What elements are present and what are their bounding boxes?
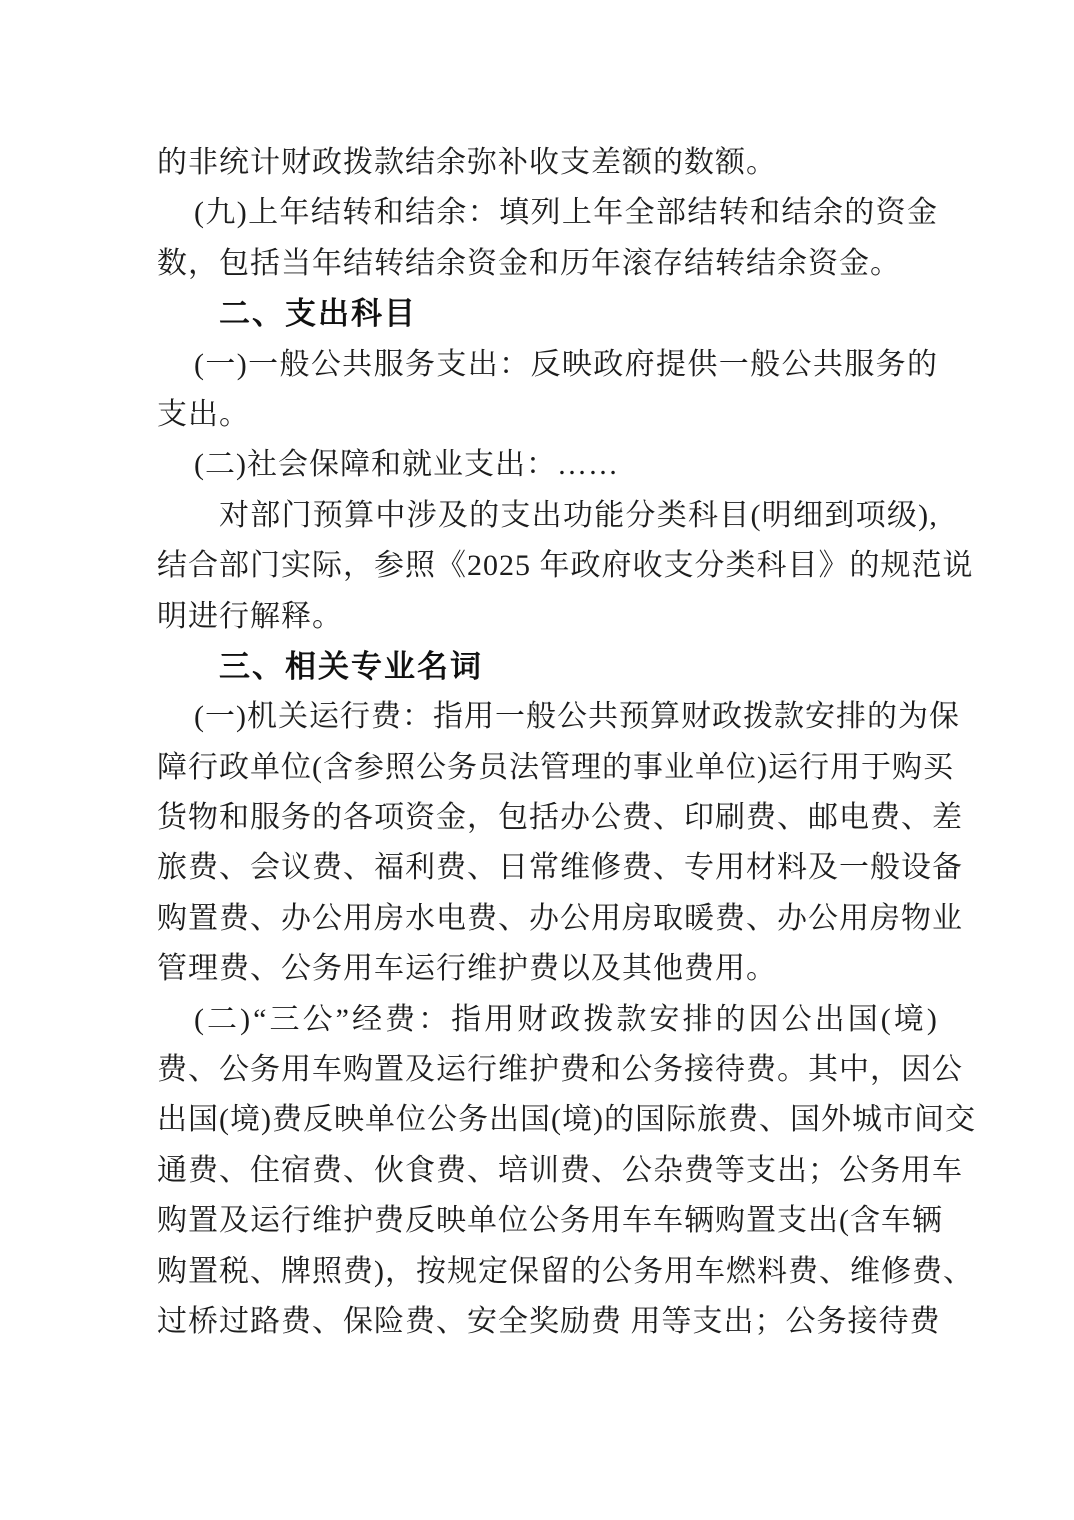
document-page: 的非统计财政拨款结余弥补收支差额的数额。(九)上年结转和结余：填列上年全部结转和… xyxy=(0,0,1074,1520)
text-line: 障行政单位(含参照公务员法管理的事业单位)运行用于购买 xyxy=(157,743,938,793)
text-line: 的非统计财政拨款结余弥补收支差额的数额。 xyxy=(157,138,938,188)
text-line: 通费、住宿费、伙食费、培训费、公杂费等支出；公务用车 xyxy=(157,1146,938,1196)
text-line: 对部门预算中涉及的支出功能分类科目(明细到项级), xyxy=(157,491,938,541)
text-line: 明进行解释。 xyxy=(157,592,938,642)
section-heading: 三、相关专业名词 xyxy=(157,642,938,692)
text-line: (二)“三公”经费：指用财政拨款安排的因公出国(境) xyxy=(157,995,938,1045)
text-line: 过桥过路费、保险费、安全奖励费 用等支出；公务接待费 xyxy=(157,1297,938,1347)
text-line: 购置费、办公用房水电费、办公用房取暖费、办公用房物业 xyxy=(157,894,938,944)
text-line: (九)上年结转和结余：填列上年全部结转和结余的资金 xyxy=(157,188,938,238)
text-line: 货物和服务的各项资金，包括办公费、印刷费、邮电费、差 xyxy=(157,793,938,843)
text-lines: 的非统计财政拨款结余弥补收支差额的数额。(九)上年结转和结余：填列上年全部结转和… xyxy=(157,138,938,1347)
text-line: 结合部门实际，参照《2025 年政府收支分类科目》的规范说 xyxy=(157,541,938,591)
text-line: 购置税、牌照费)，按规定保留的公务用车燃料费、维修费、 xyxy=(157,1247,938,1297)
text-line: (一)机关运行费：指用一般公共预算财政拨款安排的为保 xyxy=(157,692,938,742)
text-line: 管理费、公务用车运行维护费以及其他费用。 xyxy=(157,944,938,994)
text-line: 数，包括当年结转结余资金和历年滚存结转结余资金。 xyxy=(157,239,938,289)
text-line: 购置及运行维护费反映单位公务用车车辆购置支出(含车辆 xyxy=(157,1196,938,1246)
section-heading: 二、支出科目 xyxy=(157,289,938,339)
text-line: (一)一般公共服务支出：反映政府提供一般公共服务的 xyxy=(157,340,938,390)
text-line: 费、公务用车购置及运行维护费和公务接待费。其中，因公 xyxy=(157,1045,938,1095)
text-line: (二)社会保障和就业支出：…… xyxy=(157,440,938,490)
text-line: 旅费、会议费、福利费、日常维修费、专用材料及一般设备 xyxy=(157,843,938,893)
text-line: 支出。 xyxy=(157,390,938,440)
text-line: 出国(境)费反映单位公务出国(境)的国际旅费、国外城市间交 xyxy=(157,1095,938,1145)
